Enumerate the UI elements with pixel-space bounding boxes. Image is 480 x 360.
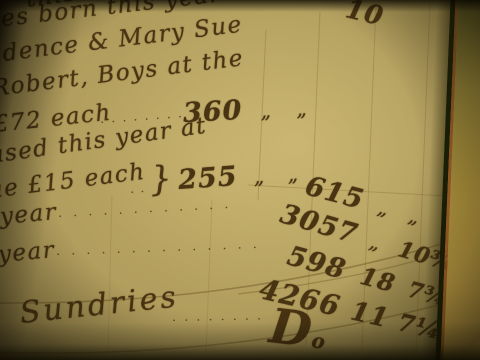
ditto-mark: Do [267, 298, 331, 360]
amount-615-pence: „ [406, 203, 424, 229]
amount-598-shillings: 18 [357, 261, 399, 298]
handwriting-line-year1: year [0, 199, 58, 230]
page-edge [435, 0, 480, 360]
leader-dots-year2: .............. [56, 237, 268, 259]
handwriting-line-year2: year [0, 237, 56, 268]
leader-dots-year1: ............ [58, 197, 240, 221]
ledger-photo: this 10 oes born this year idence & Mary… [0, 0, 480, 360]
amount-total-shillings: 11 [348, 296, 392, 334]
amount-255-pounds: 255 [177, 161, 238, 196]
amount-row-255: }255„„ [149, 150, 301, 200]
amount-615-shillings: „ [375, 195, 393, 221]
amount-360-shillings: „ [260, 98, 273, 123]
amount-360-pence: „ [296, 96, 309, 121]
handwriting-top-right-number: 10 [343, 0, 387, 32]
amount-255-pence: „ [286, 162, 300, 187]
handwriting-line-sundries: Sundries [18, 279, 180, 330]
amount-255-shillings: „ [253, 164, 267, 189]
amount-3057-shillings: „ [367, 229, 385, 255]
leader-dots-row15: .. [129, 181, 150, 197]
leader-dots-sundries: ........ [172, 308, 269, 325]
handwriting-layer: this 10 oes born this year idence & Mary… [0, 0, 480, 360]
brace-mark: } [149, 158, 175, 200]
handwriting-line-each15: ue £15 each [0, 159, 147, 204]
